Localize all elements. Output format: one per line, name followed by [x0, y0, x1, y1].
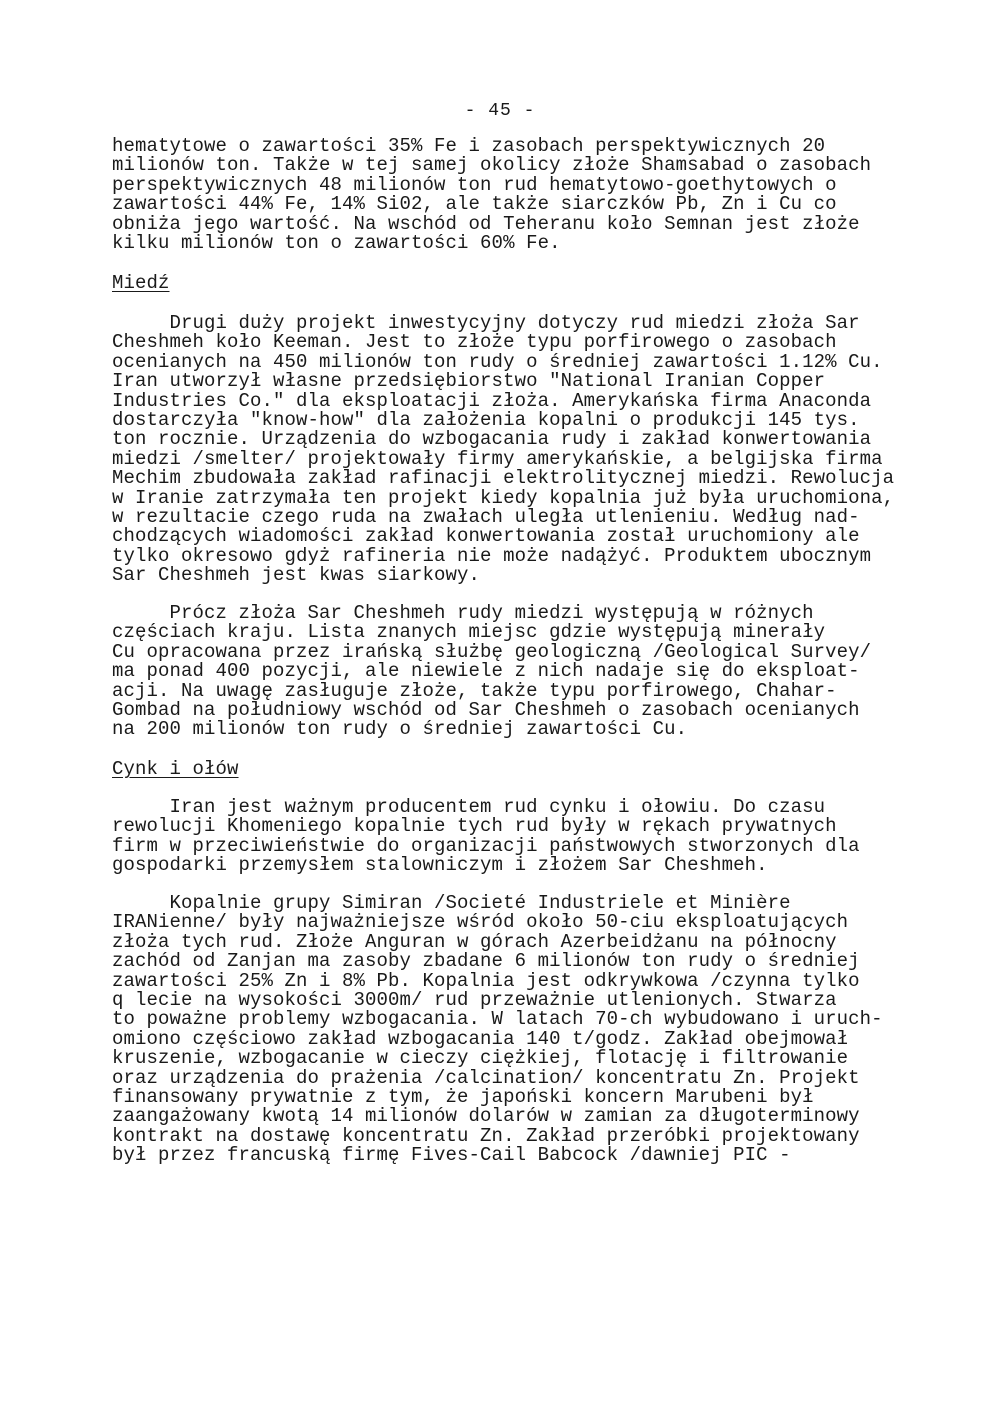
text-line: chodzących wiadomości zakład konwertowan… [112, 527, 894, 546]
text-line: częściach kraju. Lista znanych miejsc gd… [112, 623, 871, 642]
text-line: Sar Cheshmeh jest kwas siarkowy. [112, 566, 894, 585]
zinc-lead-paragraph-1: Iran jest ważnym producentem rud cynku i… [112, 798, 860, 876]
text-line: oraz urządzenia do prażenia /calcination… [112, 1069, 883, 1088]
text-line: ma ponad 400 pozycji, ale niewiele z nic… [112, 662, 871, 681]
text-line: to poważne problemy wzbogacania. W latac… [112, 1010, 883, 1029]
text-line: zaangażowany kwotą 14 milionów dolarów w… [112, 1107, 883, 1126]
text-line: w Iranie zatrzymała ten projekt kiedy ko… [112, 489, 894, 508]
text-line: rewolucji Khomeniego kopalnie tych rud b… [112, 817, 860, 836]
section-heading-zinc-lead: Cynk i ołów [112, 760, 239, 779]
text-line: zawartości 44% Fe, 14% Si02, ale także s… [112, 195, 871, 214]
copper-paragraph-1: Drugi duży projekt inwestycyjny dotyczy … [112, 314, 894, 585]
document-page: - 45 - hematytowe o zawartości 35% Fe i … [0, 0, 1000, 1420]
text-line: na 200 milionów ton rudy o średniej zawa… [112, 720, 871, 739]
text-line: ton rocznie. Urządzenia do wzbogacania r… [112, 430, 894, 449]
text-line: Iran utworzył własne przedsiębiorstwo "N… [112, 372, 894, 391]
copper-paragraph-2: Prócz złoża Sar Cheshmeh rudy miedzi wys… [112, 604, 871, 740]
section-heading-copper: Miedź [112, 274, 170, 293]
text-line: Mechim zbudowała zakład rafinacji elektr… [112, 469, 894, 488]
text-line: zachód od Zanjan ma zasoby zbadane 6 mil… [112, 952, 883, 971]
text-line: IRANienne/ były najważniejsze wśród okoł… [112, 913, 883, 932]
text-line: Cheshmeh koło Keeman. Jest to złoże typu… [112, 333, 894, 352]
text-line: kilku milionów ton o zawartości 60% Fe. [112, 234, 871, 253]
text-line: był przez francuską firmę Fives-Cail Bab… [112, 1146, 883, 1165]
text-line: gospodarki przemysłem stalowniczym i zło… [112, 856, 860, 875]
text-line: kruszenie, wzbogacanie w cieczy ciężkiej… [112, 1049, 883, 1068]
zinc-lead-paragraph-2: Kopalnie grupy Simiran /Societé Industri… [112, 894, 883, 1165]
intro-paragraph: hematytowe o zawartości 35% Fe i zasobac… [112, 137, 871, 253]
page-number: - 45 - [0, 101, 1000, 121]
text-line: milionów ton. Także w tej samej okolicy … [112, 156, 871, 175]
